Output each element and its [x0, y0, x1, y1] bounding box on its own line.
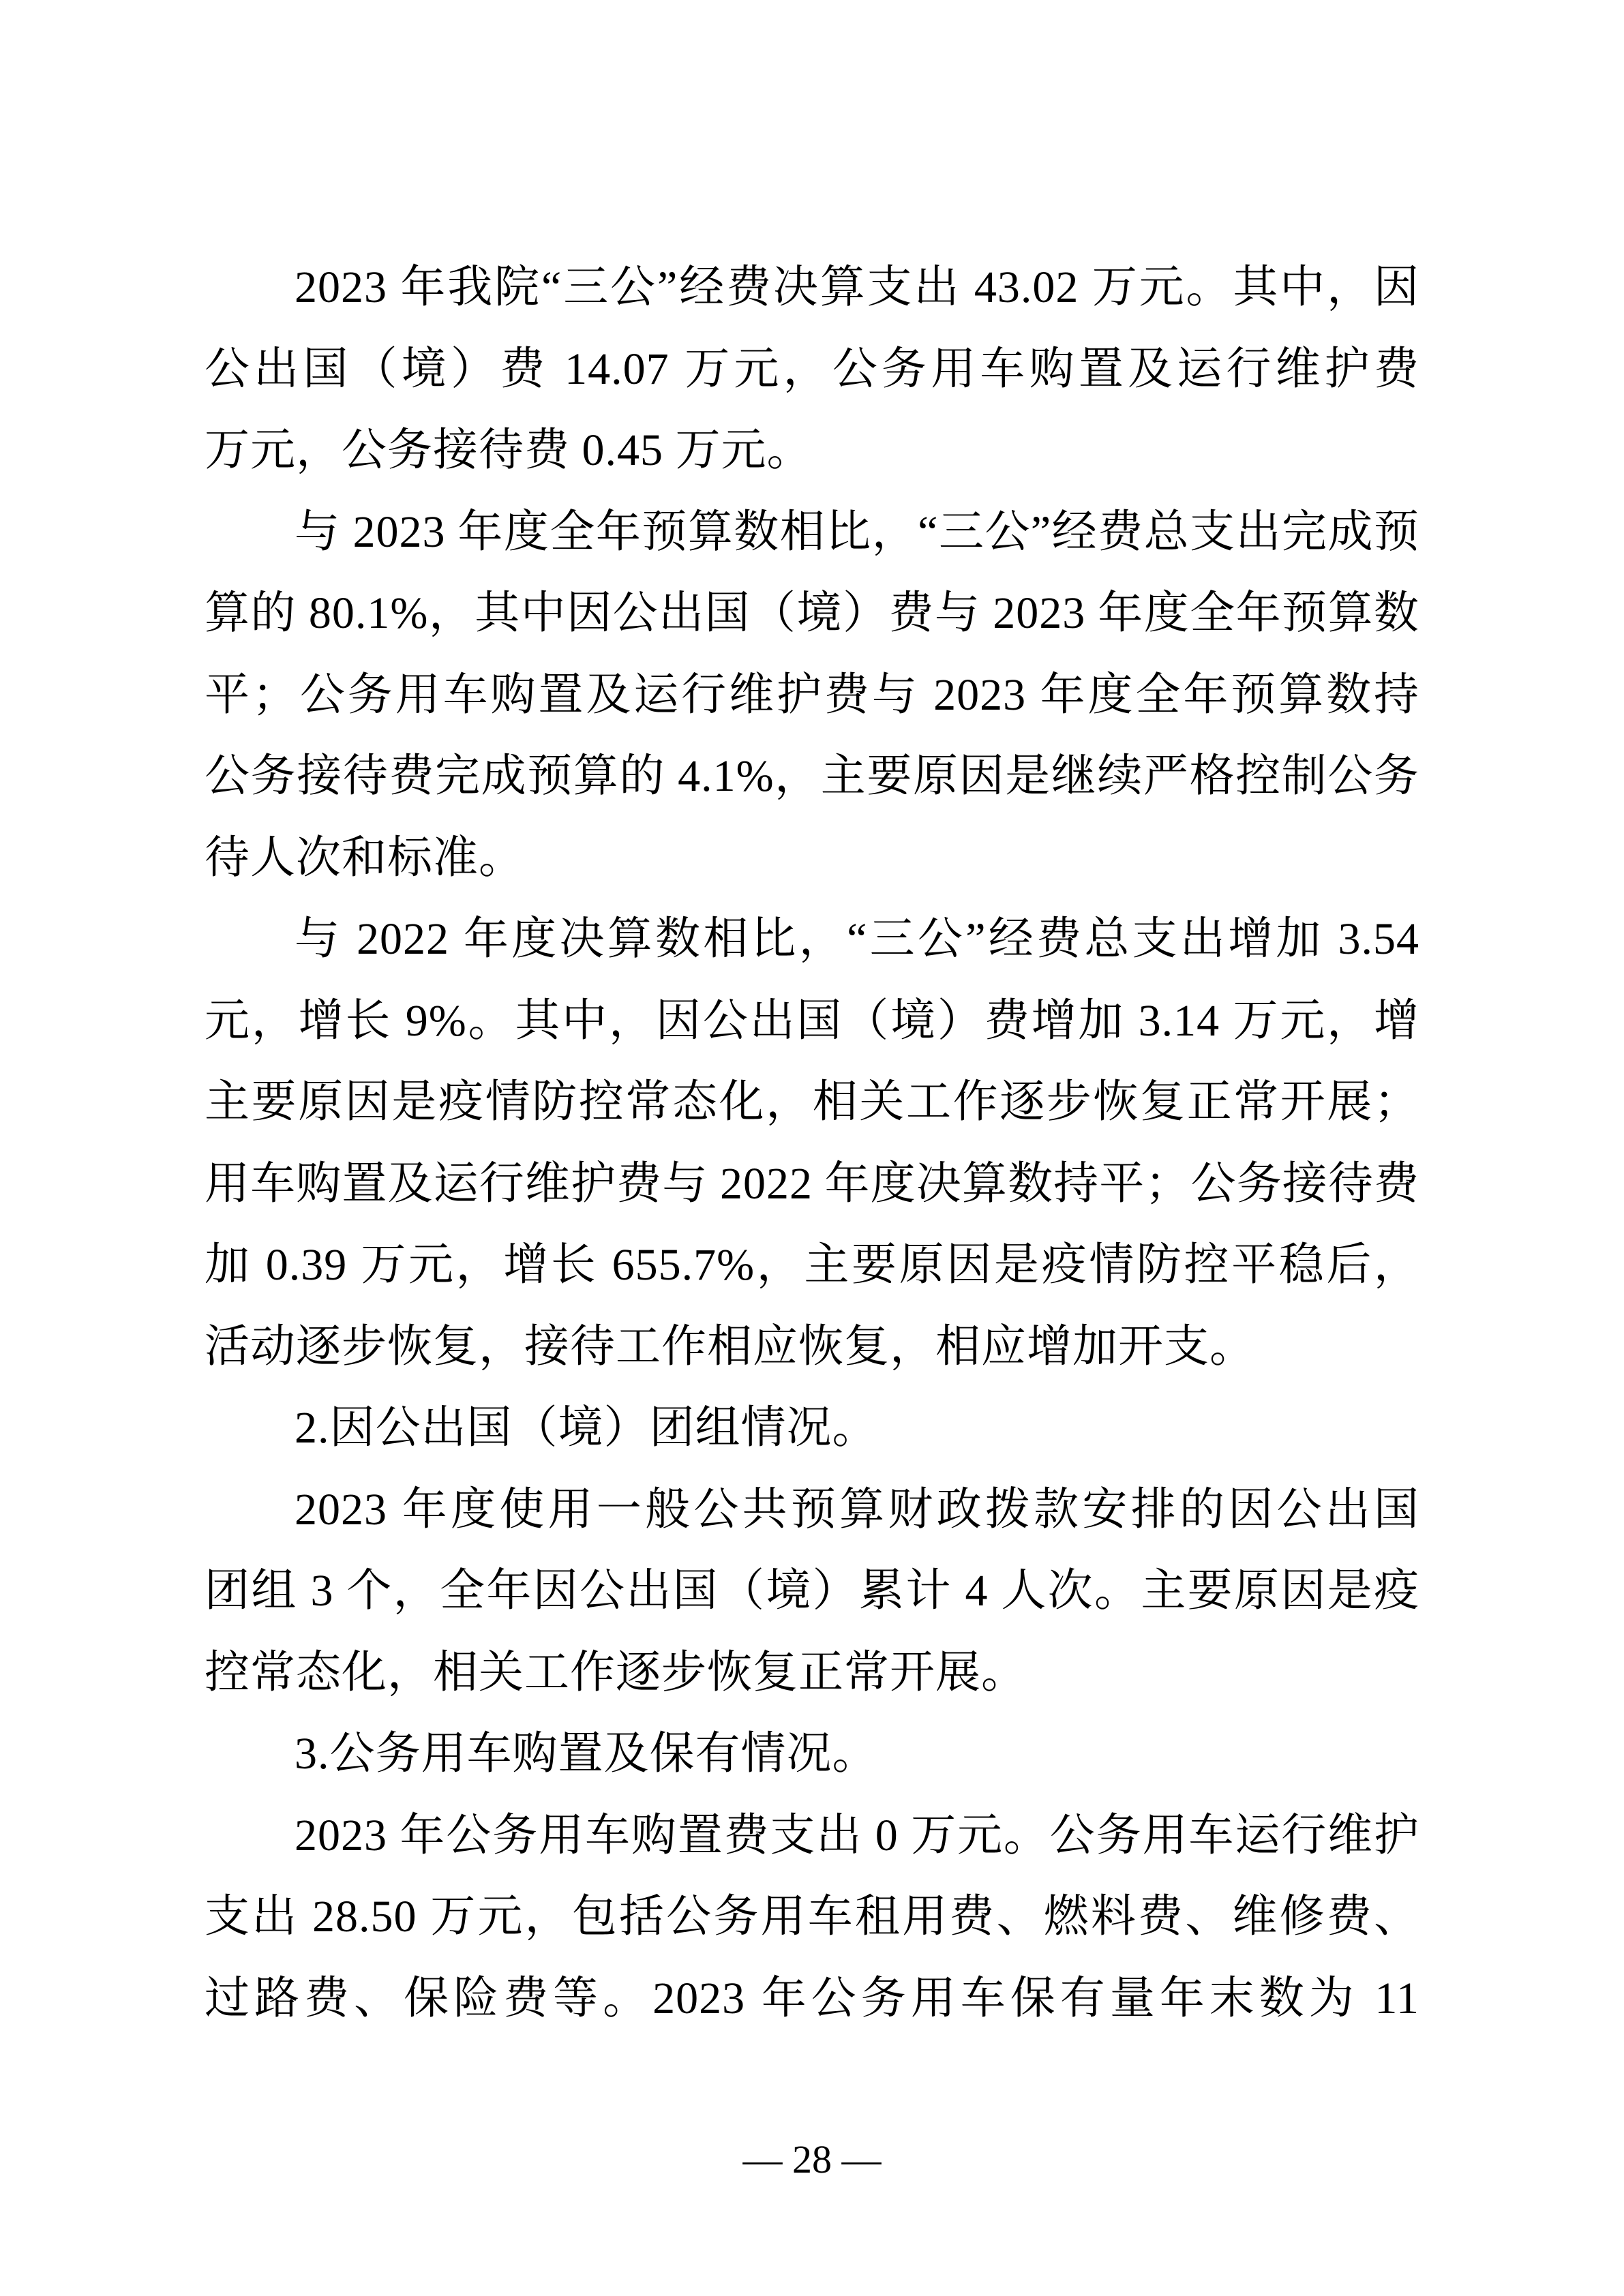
text-line: 团组 3 个，全年因公出国（境）累计 4 人次。主要原因是疫情防	[205, 1550, 1419, 1632]
page-number: — 28 —	[0, 2132, 1624, 2187]
text-line: 主要原因是疫情防控常态化，相关工作逐步恢复正常开展；公务	[205, 1061, 1419, 1143]
text-line: 活动逐步恢复，接待工作相应恢复，相应增加开支。	[205, 1306, 1419, 1388]
text-line: 2023 年公务用车购置费支出 0 万元。公务用车运行维护费	[205, 1795, 1419, 1877]
text-line: 控常态化，相关工作逐步恢复正常开展。	[205, 1632, 1419, 1714]
text-line: 2023 年我院“三公”经费决算支出 43.02 万元。其中，因	[205, 247, 1419, 329]
text-line: 平；公务用车购置及运行维护费与 2023 年度全年预算数持平；	[205, 654, 1419, 736]
text-line: 元，增长 9%。其中，因公出国（境）费增加 3.14 万元，增长 28.8%，	[205, 980, 1419, 1062]
text-line: 算的 80.1%，其中因公出国（境）费与 2023 年度全年预算数持	[205, 573, 1419, 654]
text-line: 过路费、保险费等。2023 年公务用车保有量年末数为 11 辆，与	[205, 1958, 1419, 2040]
text-line: 2023 年度使用一般公共预算财政拨款安排的因公出国（境）	[205, 1469, 1419, 1551]
section-heading-line: 3.公务用车购置及保有情况。	[205, 1713, 1419, 1795]
text-line: 加 0.39 万元，增长 655.7%，主要原因是疫情防控平稳后，公务	[205, 1224, 1419, 1306]
text-line: 用车购置及运行维护费与 2022 年度决算数持平；公务接待费增	[205, 1143, 1419, 1225]
document-page: 2023 年我院“三公”经费决算支出 43.02 万元。其中，因 公出国（境）费…	[0, 0, 1624, 2296]
text-line: 与 2022 年度决算数相比，“三公”经费总支出增加 3.54 万	[205, 898, 1419, 980]
section-heading-line: 2.因公出国（境）团组情况。	[205, 1387, 1419, 1469]
text-line: 公务接待费完成预算的 4.1%，主要原因是继续严格控制公务接	[205, 736, 1419, 817]
text-line: 支出 28.50 万元，包括公务用车租用费、燃料费、维修费、过桥	[205, 1876, 1419, 1958]
text-line: 万元，公务接待费 0.45 万元。	[205, 410, 1419, 492]
text-line: 公出国（境）费 14.07 万元，公务用车购置及运行维护费 28.5	[205, 329, 1419, 410]
text-line: 与 2023 年度全年预算数相比，“三公”经费总支出完成预	[205, 492, 1419, 573]
text-line: 待人次和标准。	[205, 817, 1419, 899]
body-text: 2023 年我院“三公”经费决算支出 43.02 万元。其中，因 公出国（境）费…	[205, 247, 1419, 2039]
